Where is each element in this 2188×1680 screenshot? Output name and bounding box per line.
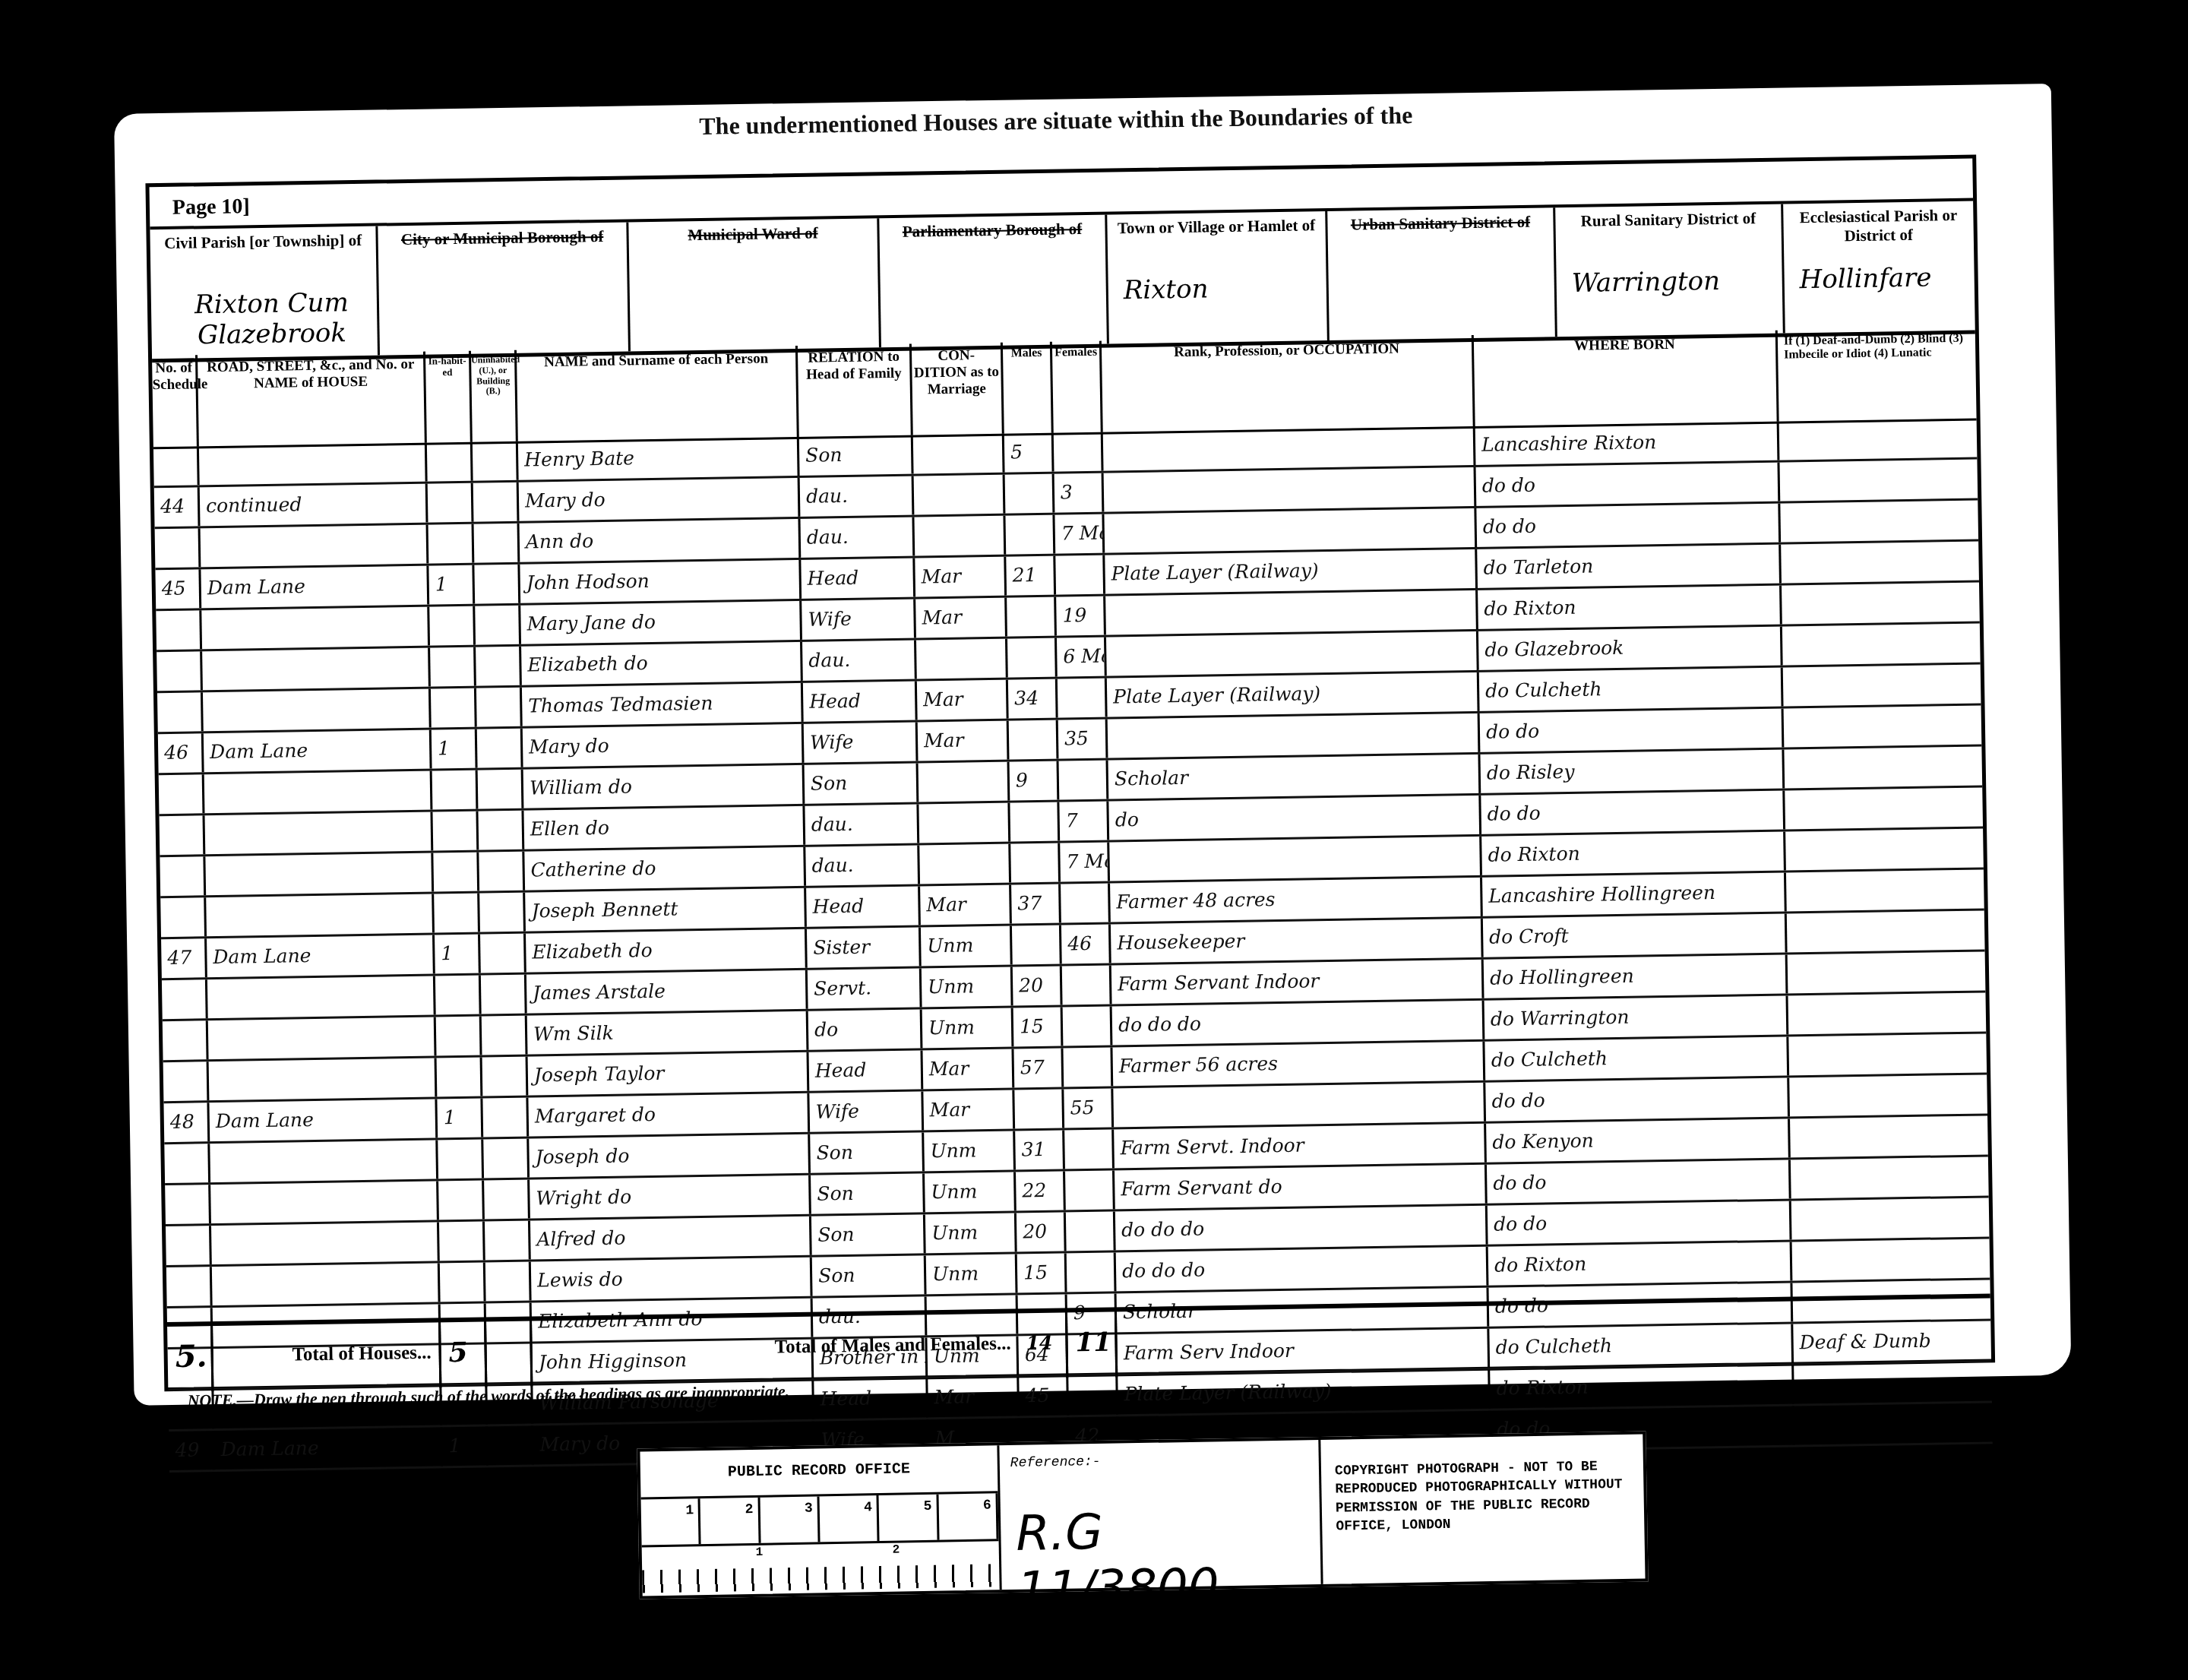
age-male (1009, 720, 1059, 760)
relation: Son (810, 1132, 925, 1172)
condition (919, 762, 1010, 802)
uninhabited (478, 811, 524, 850)
relation: Son (811, 1173, 925, 1213)
occupation (1104, 467, 1477, 512)
schedule-no (153, 446, 200, 486)
where-born: do Rixton (1490, 1365, 1794, 1408)
occupation (1106, 631, 1479, 676)
occupation (1113, 1083, 1486, 1128)
schedule-no: 45 (155, 569, 201, 609)
uninhabited (482, 1016, 528, 1055)
inhabited (432, 812, 479, 851)
age-male: 31 (1015, 1131, 1065, 1170)
where-born: do do (1480, 709, 1785, 752)
inhabited (434, 894, 480, 933)
condition (914, 516, 1006, 556)
age-female: 55 (1064, 1088, 1114, 1128)
inhabited (433, 853, 479, 892)
person-name: Thomas Tedmasien (522, 683, 804, 726)
relation: Son (812, 1255, 927, 1296)
age-male: 15 (1017, 1253, 1067, 1292)
municipal-ward: Municipal Ward of (628, 218, 881, 351)
infirmity (1791, 1156, 1989, 1198)
uninhabited (483, 1139, 530, 1179)
road-name: Dam Lane (201, 566, 429, 609)
relation: dau. (800, 476, 915, 517)
road-name (205, 853, 434, 896)
infirmity (1785, 787, 1983, 829)
total-houses-label: Total of Houses... (213, 1322, 441, 1391)
col-infirmity: If (1) Deaf-and-Dumb (2) Blind (3) Imbec… (1778, 327, 1977, 422)
record-office-label: PUBLIC RECORD OFFICE 1 2 3 4 5 6 1 2 Ref… (637, 1431, 1648, 1599)
road-name: Dam Lane (209, 1099, 438, 1141)
age-female (1055, 555, 1105, 595)
person-name: Ellen do (523, 806, 805, 849)
inhabited (439, 1222, 485, 1261)
relation: Head (814, 1378, 928, 1419)
age-female (1064, 1129, 1115, 1169)
inhabited (427, 442, 473, 482)
uninhabited (475, 606, 521, 645)
inhabited: 1 (428, 565, 475, 605)
age-male: 45 (1019, 1376, 1069, 1416)
document-title: The undermentioned Houses are situate wi… (699, 101, 1412, 141)
occupation: Housekeeper (1111, 919, 1484, 963)
col-relation: RELATION to Head of Family (798, 344, 913, 437)
office-ruler-panel: PUBLIC RECORD OFFICE 1 2 3 4 5 6 1 2 (640, 1445, 1001, 1596)
where-born: do Rixton (1488, 1242, 1793, 1285)
schedule-no (159, 774, 205, 814)
person-name: Elizabeth do (521, 642, 803, 685)
uninhabited (482, 1057, 529, 1096)
road-name (211, 1222, 440, 1264)
schedule-no (160, 815, 206, 855)
schedule-no (160, 856, 206, 896)
age-male (1010, 843, 1061, 883)
road-name (201, 607, 430, 650)
occupation (1108, 713, 1481, 758)
person-name: James Arstale (526, 970, 808, 1014)
person-name: Mary do (519, 478, 801, 521)
uninhabited (473, 482, 520, 522)
person-name: John Hodson (520, 560, 802, 603)
age-female (1059, 761, 1109, 800)
ruler-mark: 5 (879, 1495, 939, 1541)
schedule-no (157, 651, 203, 691)
census-form: Page 10] Civil Parish [or Township] ofRi… (145, 155, 1995, 1392)
uninhabited (474, 565, 520, 604)
total-people-label: Total of Males and Females... (532, 1314, 1019, 1387)
relation: Son (811, 1214, 926, 1254)
infirmity (1787, 910, 1985, 952)
where-born: do Glazebrook (1478, 627, 1783, 670)
where-born: do Culcheth (1479, 668, 1784, 711)
municipal-borough: City or Municipal Borough of (378, 222, 631, 355)
uninhabited (479, 893, 526, 932)
road-name (212, 1263, 441, 1305)
age-female: 3 (1054, 473, 1105, 513)
total-schedules: 5. (167, 1326, 213, 1392)
person-name: William do (523, 765, 805, 808)
reference-label: Reference:- (999, 1440, 1319, 1482)
age-male: 34 (1008, 679, 1058, 719)
where-born: do do (1488, 1201, 1792, 1244)
where-born: do Risley (1480, 750, 1785, 793)
age-male: 22 (1016, 1172, 1066, 1211)
ruler-mark: 3 (760, 1496, 820, 1542)
occupation: Farmer 56 acres (1112, 1042, 1485, 1087)
inhabited (437, 1058, 483, 1097)
ruler-mark: 2 (700, 1498, 760, 1544)
age-male: 21 (1006, 556, 1056, 596)
schedule-no (155, 528, 201, 568)
road-name (199, 443, 428, 486)
condition (913, 434, 1005, 474)
age-male (1014, 1090, 1064, 1129)
age-male: 9 (1010, 761, 1060, 801)
age-female: 19 (1056, 596, 1106, 636)
age-female (1067, 1252, 1117, 1292)
uninhabited (477, 729, 523, 768)
infirmity (1786, 869, 1984, 911)
age-female (1054, 432, 1104, 472)
occupation (1109, 837, 1482, 881)
person-name: Elizabeth do (526, 929, 808, 973)
uninhabited (485, 1262, 532, 1302)
age-male: 20 (1017, 1212, 1067, 1251)
age-male: 15 (1013, 1008, 1064, 1047)
copyright-notice: COPYRIGHT PHOTOGRAPH - NOT TO BE REPRODU… (1320, 1434, 1645, 1584)
where-born: do do (1481, 791, 1785, 834)
condition: Mar (920, 885, 1012, 925)
person-name: Alfred do (530, 1216, 812, 1260)
civil-parish: Civil Parish [or Township] ofRixton Cum … (150, 226, 380, 359)
condition: Mar (928, 1377, 1020, 1417)
person-name: Ann do (520, 519, 802, 562)
col-schedule: No. of Schedule (152, 355, 199, 447)
infirmity (1794, 1362, 1992, 1403)
occupation (1104, 508, 1477, 553)
inhabited: 1 (435, 935, 481, 974)
age-male: 20 (1013, 967, 1063, 1006)
occupation: Farm Servant do (1115, 1165, 1488, 1210)
reference-value: R.G 11/3800. (1016, 1501, 1322, 1618)
relation: Son (799, 435, 914, 476)
schedule-no (165, 1185, 211, 1224)
age-female (1061, 884, 1111, 923)
ecclesiastical-parish: Ecclesiastical Parish or District ofHoll… (1783, 201, 1975, 334)
col-occupation: Rank, Profession, or OCCUPATION (1102, 335, 1475, 432)
condition (914, 475, 1006, 515)
inch-mark: 2 (893, 1543, 900, 1557)
schedule-no (162, 979, 208, 1019)
schedule-no (163, 1020, 209, 1060)
condition: Unm (921, 926, 1013, 967)
occupation: Farm Servt. Indoor (1114, 1124, 1487, 1169)
age-female: 7 Mo (1054, 514, 1105, 554)
uninhabited (476, 647, 522, 686)
relation: Head (801, 558, 915, 599)
inch-mark: 1 (756, 1546, 764, 1559)
uninhabited (488, 1426, 534, 1466)
occupation: Plate Layer (Railway) (1105, 549, 1478, 594)
person-name: Joseph Bennett (525, 888, 807, 932)
where-born: do Culcheth (1484, 1037, 1789, 1080)
person-name: Wright do (530, 1175, 811, 1219)
person-name: Henry Bate (518, 437, 800, 480)
age-female: 35 (1058, 720, 1108, 759)
where-born: do do (1476, 504, 1781, 547)
infirmity (1782, 624, 1981, 666)
uninhabited (476, 688, 523, 727)
person-name: Mary Jane do (520, 601, 802, 644)
total-uninhabited (486, 1321, 533, 1387)
where-born: Lancashire Hollingreen (1482, 873, 1787, 916)
schedule-no (166, 1267, 213, 1306)
road-name (209, 1058, 438, 1100)
age-female (1063, 1048, 1113, 1087)
where-born: do Hollingreen (1484, 955, 1788, 998)
col-inhabited: In-habit-ed (425, 351, 473, 443)
reference-panel: Reference:- R.G 11/3800. (999, 1440, 1323, 1590)
relation: Head (809, 1050, 924, 1090)
road-name (206, 894, 435, 937)
where-born: do Rixton (1481, 832, 1786, 875)
inhabited (438, 1181, 485, 1220)
infirmity (1780, 501, 1978, 543)
page-number: Page 10] (172, 195, 250, 220)
road-name (207, 976, 436, 1018)
age-male (1007, 597, 1057, 637)
condition: Unm (922, 967, 1013, 1008)
schedule-no: 47 (161, 938, 207, 978)
infirmity (1788, 992, 1987, 1034)
relation: Sister (807, 927, 922, 967)
where-born: do Tarleton (1477, 545, 1782, 588)
age-female: 6 Mo (1057, 638, 1107, 677)
where-born: do Kenyon (1486, 1119, 1791, 1163)
condition: Mar (915, 598, 1007, 638)
inhabited (435, 976, 482, 1015)
person-name: Wm Silk (527, 1011, 809, 1055)
relation: Head (803, 681, 918, 721)
condition: Unm (925, 1213, 1017, 1254)
relation: Head (806, 886, 921, 926)
relation: dau. (800, 517, 915, 558)
ruler-inch: 1 2 (642, 1541, 1000, 1593)
age-female (1066, 1211, 1116, 1251)
totals-spacer (1117, 1298, 1991, 1377)
condition: Mar (917, 680, 1009, 720)
uninhabited (473, 441, 519, 481)
occupation: do do do (1115, 1206, 1488, 1251)
infirmity (1779, 419, 1978, 460)
occupation: Scholar (1108, 755, 1481, 799)
occupation: Farm Servant Indoor (1111, 960, 1484, 1005)
schedule-no: 46 (158, 733, 204, 773)
where-born: do do (1476, 463, 1781, 506)
age-male (1010, 802, 1060, 842)
inhabited (430, 647, 476, 687)
infirmity (1779, 460, 1978, 501)
occupation (1105, 590, 1478, 635)
infirmity (1789, 1074, 1987, 1116)
relation: Wife (802, 600, 916, 640)
total-males: 14 (1018, 1312, 1068, 1378)
inhabited: 1 (437, 1099, 483, 1138)
uninhabited (482, 1098, 529, 1137)
uninhabited (480, 934, 526, 973)
condition: Unm (924, 1131, 1016, 1172)
schedule-no (163, 1061, 210, 1101)
infirmity (1784, 705, 1982, 747)
ruler-mark: 1 (641, 1498, 701, 1545)
age-male: 37 (1011, 884, 1061, 924)
age-female: 7 (1059, 802, 1109, 841)
age-female: 7 Mo (1060, 843, 1110, 882)
road-name: Dam Lane (204, 730, 432, 773)
schedule-no (160, 897, 207, 937)
age-female (1062, 966, 1112, 1005)
age-female (1068, 1375, 1118, 1415)
col-name: NAME and Surname of each Person (517, 346, 799, 441)
age-male (1005, 515, 1055, 555)
inhabited (432, 770, 479, 810)
ruler-mark: 6 (938, 1493, 998, 1539)
age-female (1065, 1170, 1115, 1210)
uninhabited (481, 975, 527, 1014)
infirmity (1788, 951, 1986, 993)
infirmity (1784, 746, 1982, 788)
infirmity (1791, 1198, 1990, 1239)
schedule-no: 49 (169, 1431, 215, 1470)
uninhabited (484, 1180, 530, 1220)
col-females: Females (1052, 341, 1103, 433)
col-road: ROAD, STREET, &c., and No. or NAME of HO… (198, 352, 427, 447)
relation: dau. (802, 640, 917, 680)
uninhabited (478, 770, 524, 809)
inhabited: 1 (442, 1426, 489, 1466)
condition (916, 639, 1008, 679)
infirmity (1788, 1033, 1987, 1075)
where-born: do do (1487, 1160, 1791, 1204)
rural-sanitary-district: Rural Sanitary District ofWarrington (1555, 204, 1785, 337)
inhabited (428, 483, 474, 523)
occupation: Plate Layer (Railway) (1118, 1370, 1491, 1415)
condition: Mar (915, 557, 1007, 597)
road-name (201, 525, 429, 568)
col-uninhabited: Uninhabited (U.), or Building (B.) (471, 350, 518, 442)
condition (919, 844, 1011, 884)
road-name: continued (200, 484, 428, 527)
infirmity (1781, 542, 1979, 584)
schedule-no: 44 (154, 487, 201, 527)
condition: Mar (922, 1049, 1014, 1090)
where-born: do Croft (1483, 914, 1788, 957)
condition (919, 803, 1010, 843)
occupation: do do do (1112, 1001, 1485, 1046)
person-name: Joseph do (529, 1134, 811, 1178)
relation: do (808, 1009, 923, 1049)
condition: Mar (923, 1090, 1015, 1131)
occupation: Farmer 48 acres (1110, 878, 1483, 922)
infirmity (1794, 1403, 1993, 1444)
condition: Unm (926, 1254, 1018, 1295)
occupation: Plate Layer (Railway) (1107, 672, 1480, 717)
schedule-no (164, 1144, 210, 1183)
parliamentary-borough: Parliamentary Borough of (879, 214, 1109, 347)
age-male: 57 (1013, 1049, 1064, 1088)
infirmity (1790, 1115, 1988, 1157)
age-male (1005, 474, 1055, 514)
inhabited (429, 606, 476, 646)
ruler-mark: 4 (819, 1495, 879, 1542)
road-name (205, 812, 434, 855)
where-born: do Warrington (1484, 996, 1789, 1039)
age-female: 46 (1061, 925, 1111, 964)
age-female (1063, 1007, 1113, 1046)
infirmity (1792, 1239, 1990, 1280)
inhabited (440, 1263, 486, 1302)
infirmity (1782, 583, 1980, 625)
schedule-no (166, 1226, 212, 1265)
road-name (208, 1017, 437, 1059)
road-name (204, 771, 433, 814)
road-name (203, 689, 432, 732)
relation: Son (805, 763, 919, 803)
census-sheet: The undermentioned Houses are situate wi… (114, 84, 2071, 1406)
condition: Unm (922, 1008, 1014, 1049)
age-female (1058, 679, 1108, 718)
person-name: Catherine do (524, 847, 806, 891)
occupation: do do do (1116, 1247, 1489, 1292)
where-born: Lancashire Rixton (1475, 422, 1780, 465)
inhabited (436, 1017, 482, 1056)
infirmity (1785, 828, 1984, 870)
uninhabited (479, 852, 525, 891)
office-name: PUBLIC RECORD OFFICE (640, 1445, 998, 1499)
relation: Wife (809, 1091, 924, 1131)
condition: Mar (918, 721, 1010, 761)
uninhabited (485, 1221, 531, 1261)
urban-sanitary-district: Urban Sanitary District of (1327, 207, 1557, 340)
ruler-cm: 1 2 3 4 5 6 (641, 1493, 999, 1547)
total-females: 11 (1067, 1311, 1118, 1378)
col-condition: CON-DITION as to Marriage (912, 343, 1004, 435)
person-name: Mary do (523, 724, 805, 767)
road-name (202, 648, 431, 691)
road-name (210, 1181, 439, 1223)
age-male (1012, 925, 1062, 965)
occupation: do (1108, 796, 1481, 840)
occupation (1103, 426, 1476, 471)
where-born: do Rixton (1478, 586, 1782, 629)
road-name: Dam Lane (214, 1427, 443, 1470)
total-houses: 5 (441, 1321, 487, 1387)
inhabited (428, 524, 475, 564)
relation: Wife (804, 722, 919, 762)
schedule-no (157, 692, 204, 732)
relation: dau. (805, 804, 919, 844)
col-males: Males (1003, 342, 1054, 434)
inhabited: 1 (432, 729, 478, 769)
schedule-no (156, 610, 202, 650)
age-male: 5 (1004, 433, 1054, 473)
schedule-no: 48 (163, 1103, 210, 1142)
uninhabited (474, 524, 520, 563)
infirmity (1783, 665, 1981, 707)
town-village: Town or Village or Hamlet ofRixton (1107, 211, 1330, 344)
